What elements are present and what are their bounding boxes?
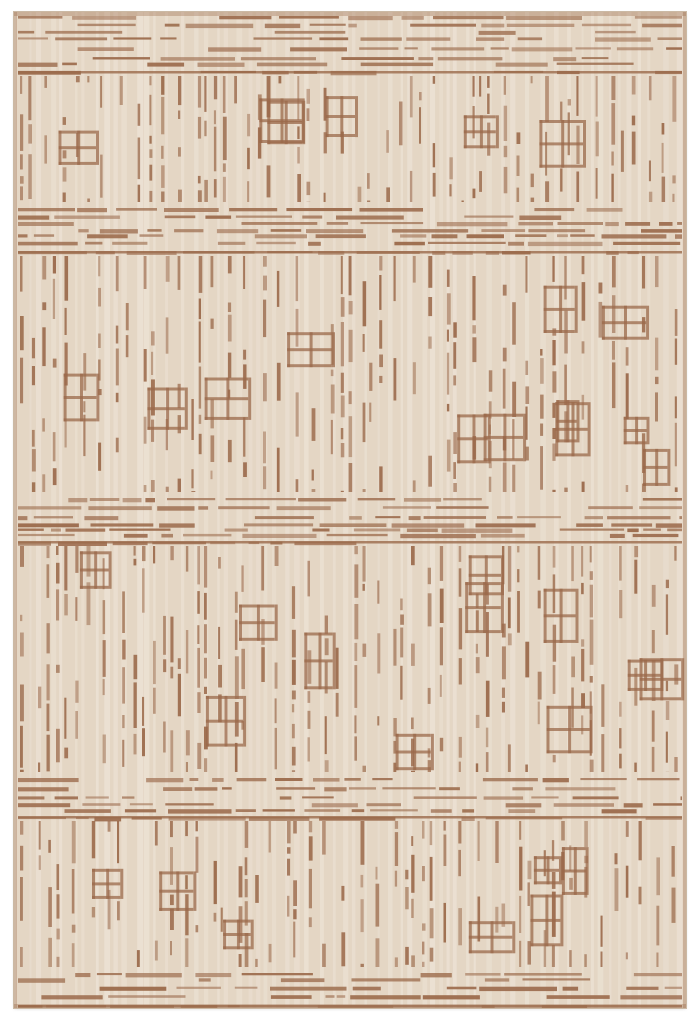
rug-image <box>14 12 686 1008</box>
rug-pattern <box>14 12 686 1008</box>
